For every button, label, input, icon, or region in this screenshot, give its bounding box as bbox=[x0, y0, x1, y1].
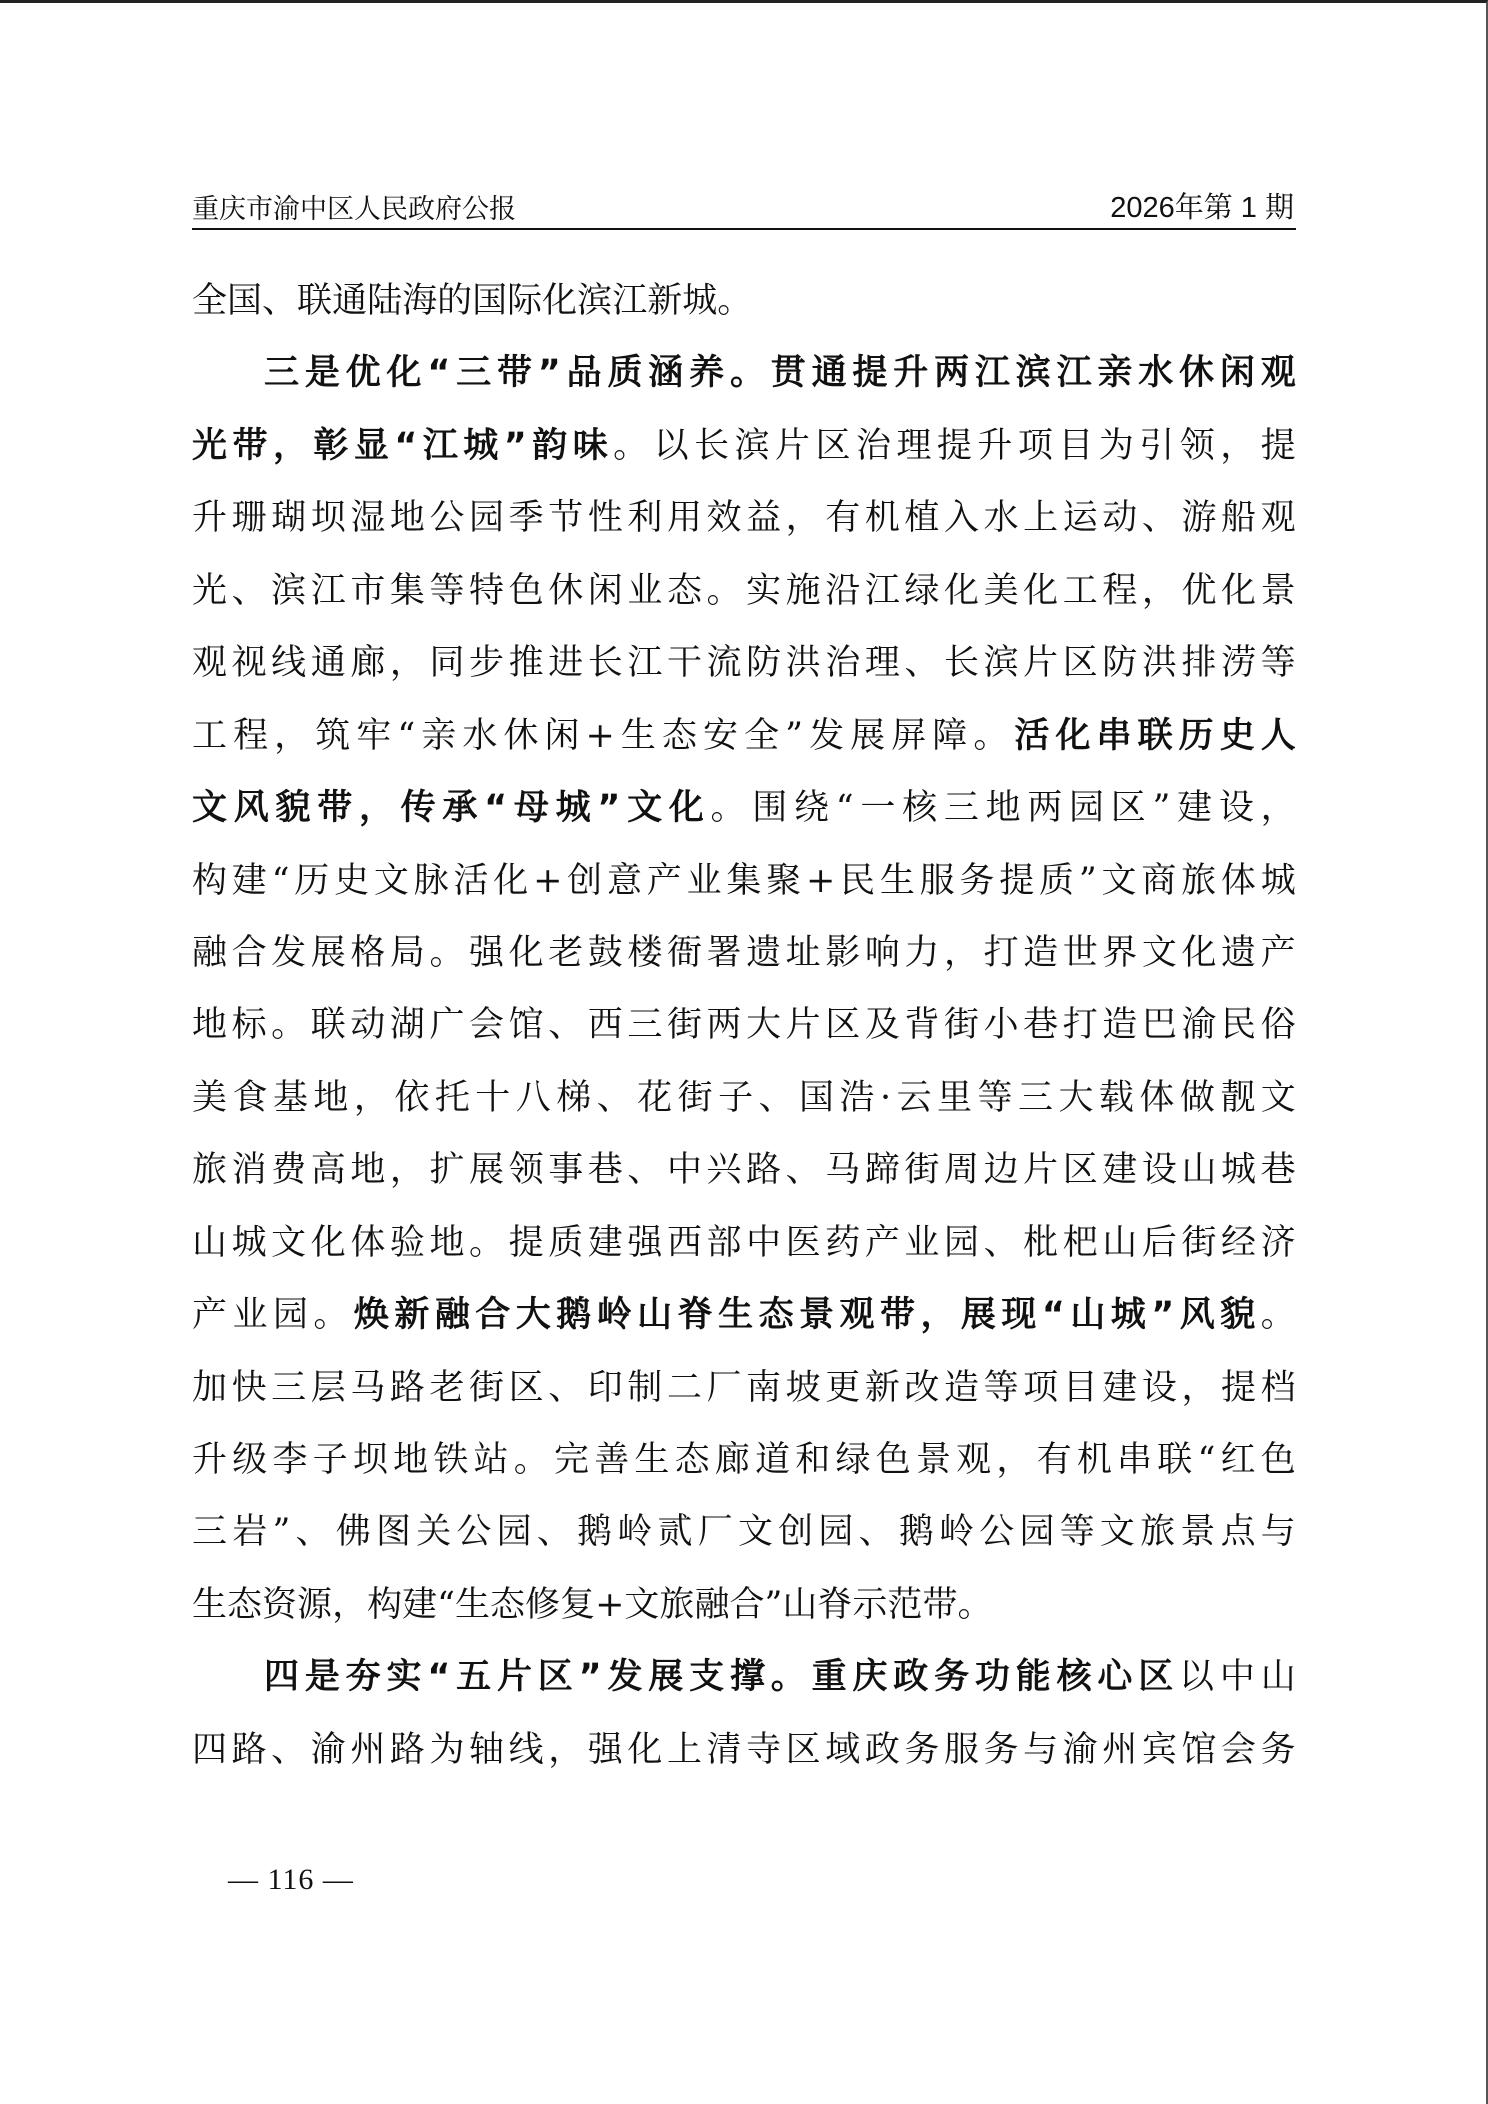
char: 亲 bbox=[421, 710, 456, 782]
bold-char: 江 bbox=[975, 347, 1010, 419]
char: 十 bbox=[475, 1072, 510, 1144]
char: 馆 bbox=[1181, 1724, 1216, 1796]
char: 园 bbox=[497, 1506, 532, 1578]
char: 政 bbox=[865, 1724, 900, 1796]
char: 、 bbox=[859, 1506, 894, 1578]
char: 寺 bbox=[746, 1724, 781, 1796]
char: 域 bbox=[825, 1724, 860, 1796]
char: 的 bbox=[437, 275, 472, 347]
char: 服 bbox=[920, 855, 955, 927]
bold-char: 光 bbox=[192, 420, 227, 492]
char: 引 bbox=[1139, 420, 1174, 492]
char: 坝 bbox=[311, 492, 346, 564]
char: 、 bbox=[627, 1144, 662, 1216]
char: 活 bbox=[453, 855, 488, 927]
bold-char: 发 bbox=[607, 1651, 642, 1723]
char: 。 bbox=[613, 420, 648, 492]
char: 基 bbox=[273, 1072, 308, 1144]
char: 依 bbox=[394, 1072, 429, 1144]
char: 国 bbox=[227, 275, 262, 347]
char: 。 bbox=[717, 275, 752, 347]
char: 治 bbox=[856, 420, 891, 492]
char: 同 bbox=[429, 637, 464, 709]
char: 与 bbox=[1023, 1724, 1058, 1796]
bold-char: 是 bbox=[305, 1651, 340, 1723]
bold-char: “ bbox=[1042, 1289, 1065, 1361]
char: 文 bbox=[1100, 1506, 1135, 1578]
char: 业 bbox=[687, 855, 722, 927]
char: 文 bbox=[738, 1506, 773, 1578]
text-line: 三岩”、佛图关公园、鹅岭贰厂文创园、鹅岭公园等文旅景点与 bbox=[192, 1506, 1296, 1578]
char: 大 bbox=[1058, 1072, 1093, 1144]
char: 快 bbox=[232, 1362, 267, 1434]
char: 费 bbox=[271, 1144, 306, 1216]
char: 务 bbox=[984, 1724, 1019, 1796]
char: 线 bbox=[271, 637, 306, 709]
bold-char: 重 bbox=[812, 1651, 847, 1723]
char: 流 bbox=[707, 637, 742, 709]
char: 串 bbox=[1117, 1434, 1152, 1506]
char: 态 bbox=[675, 1434, 710, 1506]
char: 产 bbox=[647, 855, 682, 927]
char: 等 bbox=[984, 1362, 1019, 1434]
char: 视 bbox=[232, 637, 267, 709]
char: 项 bbox=[1023, 1362, 1058, 1434]
bold-char: 合 bbox=[475, 1289, 510, 1361]
char: 筑 bbox=[315, 710, 350, 782]
char: 态 bbox=[667, 565, 702, 637]
issue-year-suffix: 年第 bbox=[1175, 192, 1233, 224]
char: 城 bbox=[1221, 1144, 1256, 1216]
char: 道 bbox=[755, 1434, 790, 1506]
char: 工 bbox=[1063, 565, 1098, 637]
bold-char: 带 bbox=[880, 1289, 915, 1361]
bold-char: 活 bbox=[1014, 710, 1049, 782]
char: 滨 bbox=[735, 420, 770, 492]
char: 渝 bbox=[1181, 999, 1216, 1071]
bold-char: “ bbox=[484, 782, 507, 854]
char: 态 bbox=[490, 1579, 525, 1651]
bold-char: 母 bbox=[514, 782, 549, 854]
char: 绕 bbox=[794, 782, 829, 854]
char: 两 bbox=[1027, 782, 1062, 854]
char: 源 bbox=[297, 1579, 332, 1651]
char: 街 bbox=[1181, 1217, 1216, 1289]
char: 文 bbox=[1261, 1072, 1296, 1144]
char: 业 bbox=[232, 1289, 267, 1361]
bold-char: 生 bbox=[718, 1289, 753, 1361]
char: 程 bbox=[233, 710, 268, 782]
bold-char: 区 bbox=[1138, 1651, 1173, 1723]
char: ， bbox=[354, 1072, 389, 1144]
char: “ bbox=[1197, 1434, 1215, 1506]
char: 色 bbox=[876, 1434, 911, 1506]
char: 升 bbox=[192, 492, 227, 564]
char: 加 bbox=[192, 1362, 227, 1434]
char: 宾 bbox=[1142, 1724, 1177, 1796]
char: 升 bbox=[977, 420, 1012, 492]
char: 遗 bbox=[746, 927, 781, 999]
char: ， bbox=[996, 1434, 1031, 1506]
char: 等 bbox=[1060, 1506, 1095, 1578]
char: 山 bbox=[1181, 1144, 1216, 1216]
char: 厂 bbox=[698, 1506, 733, 1578]
char: 体 bbox=[1221, 855, 1256, 927]
char: 、 bbox=[548, 999, 583, 1071]
char: 西 bbox=[588, 999, 623, 1071]
char: 城 bbox=[682, 275, 717, 347]
char: 贰 bbox=[658, 1506, 693, 1578]
char: 、 bbox=[537, 1506, 572, 1578]
char: 国 bbox=[799, 1072, 834, 1144]
bold-char: ” bbox=[504, 420, 527, 492]
char: 岩 bbox=[232, 1506, 267, 1578]
char: 产 bbox=[865, 1217, 900, 1289]
char: 路 bbox=[232, 1724, 267, 1796]
char: 及 bbox=[865, 999, 900, 1071]
char: ， bbox=[944, 927, 979, 999]
char: 季 bbox=[509, 492, 544, 564]
char: 全 bbox=[192, 275, 227, 347]
text-line: 三是优化“三带”品质涵养。贯通提升两江滨江亲水休闲观 bbox=[192, 347, 1296, 419]
bold-char: 优 bbox=[346, 347, 381, 419]
bold-char: 新 bbox=[394, 1289, 429, 1361]
char: 海 bbox=[402, 275, 437, 347]
bold-char: 脊 bbox=[678, 1289, 713, 1361]
char: 造 bbox=[1102, 999, 1137, 1071]
char: 动 bbox=[1102, 492, 1137, 564]
char: 等 bbox=[978, 1072, 1013, 1144]
char: 药 bbox=[825, 1217, 860, 1289]
bold-char: 闲 bbox=[1220, 347, 1255, 419]
char: 质 bbox=[548, 1217, 583, 1289]
bold-char: 山 bbox=[637, 1289, 672, 1361]
char: ” bbox=[785, 710, 803, 782]
char: 复 bbox=[560, 1579, 595, 1651]
char: 特 bbox=[469, 565, 504, 637]
bold-char: 融 bbox=[435, 1289, 470, 1361]
char: 洪 bbox=[1142, 637, 1177, 709]
char: 衙 bbox=[667, 927, 702, 999]
char: 提 bbox=[999, 855, 1034, 927]
char: 、 bbox=[904, 637, 939, 709]
bold-char: 三 bbox=[456, 347, 491, 419]
char: 三 bbox=[944, 782, 979, 854]
char: 地 bbox=[429, 1217, 464, 1289]
char: 层 bbox=[311, 1362, 346, 1434]
char: 巷 bbox=[1023, 999, 1058, 1071]
char: 理 bbox=[896, 420, 931, 492]
char: 城 bbox=[232, 1217, 267, 1289]
bold-char: 片 bbox=[497, 1651, 532, 1723]
char: 厂 bbox=[707, 1362, 742, 1434]
char: 美 bbox=[192, 1072, 227, 1144]
char: 服 bbox=[944, 1724, 979, 1796]
char: 资 bbox=[262, 1579, 297, 1651]
char: 片 bbox=[786, 999, 821, 1071]
char: 、 bbox=[759, 1072, 794, 1144]
char: 围 bbox=[752, 782, 787, 854]
char: 商 bbox=[1141, 855, 1176, 927]
char: 路 bbox=[746, 1144, 781, 1216]
char: 休 bbox=[503, 710, 538, 782]
char: 闲 bbox=[588, 565, 623, 637]
text-line: 光带，彰显“江城”韵味。以长滨片区治理提升项目为引领，提 bbox=[192, 420, 1296, 492]
char: 文 bbox=[1102, 855, 1137, 927]
char: 珊 bbox=[232, 492, 267, 564]
char: 脉 bbox=[414, 855, 449, 927]
char: 验 bbox=[390, 1217, 425, 1289]
char: 。 bbox=[514, 1434, 549, 1506]
char: 设 bbox=[1219, 782, 1254, 854]
bold-char: ” bbox=[579, 1651, 602, 1723]
bold-char: 联 bbox=[1138, 710, 1173, 782]
char: 领 bbox=[1180, 420, 1215, 492]
char: “ bbox=[437, 1579, 455, 1651]
document-page: 重庆市渝中区人民政府公报 2026年第 1 期 全国、联通陆海的国际化滨江新城。… bbox=[0, 0, 1488, 2104]
char: 入 bbox=[944, 492, 979, 564]
char: 联 bbox=[311, 999, 346, 1071]
char: 上 bbox=[667, 1724, 702, 1796]
char: + bbox=[806, 855, 835, 927]
char: 州 bbox=[1102, 1724, 1137, 1796]
text-line: 地标。联动湖广会馆、西三街两大片区及背街小巷打造巴渝民俗 bbox=[192, 999, 1296, 1071]
bold-char: 养 bbox=[689, 347, 724, 419]
char: ， bbox=[1220, 420, 1255, 492]
bold-char: 三 bbox=[264, 347, 299, 419]
char: 、 bbox=[597, 1072, 632, 1144]
char: 市 bbox=[350, 565, 385, 637]
bold-char: 鹅 bbox=[556, 1289, 591, 1361]
char: 机 bbox=[1077, 1434, 1112, 1506]
char: 合 bbox=[729, 1579, 764, 1651]
char: 美 bbox=[984, 565, 1019, 637]
bold-char: 心 bbox=[1097, 1651, 1132, 1723]
char: 园 bbox=[944, 1217, 979, 1289]
char: 子 bbox=[313, 1434, 348, 1506]
char: 。 bbox=[711, 782, 746, 854]
char: 做 bbox=[1180, 1072, 1215, 1144]
char: 西 bbox=[667, 1217, 702, 1289]
char: 脊 bbox=[817, 1579, 852, 1651]
char: 区 bbox=[1063, 637, 1098, 709]
char: 观 bbox=[192, 637, 227, 709]
text-line: 观视线通廊，同步推进长江干流防洪治理、长滨片区防洪排涝等 bbox=[192, 637, 1296, 709]
char: 有 bbox=[825, 492, 860, 564]
char: 提 bbox=[1221, 1362, 1256, 1434]
char: 休 bbox=[548, 565, 583, 637]
char: 性 bbox=[588, 492, 623, 564]
bold-char: 化 bbox=[386, 347, 421, 419]
char: 老 bbox=[548, 927, 583, 999]
char: ， bbox=[390, 637, 425, 709]
char: 、 bbox=[262, 275, 297, 347]
bold-char: 城 bbox=[463, 420, 498, 492]
char: 水 bbox=[462, 710, 497, 782]
char: 项 bbox=[1018, 420, 1053, 492]
char: 楼 bbox=[627, 927, 662, 999]
char: 色 bbox=[509, 565, 544, 637]
bold-char: 大 bbox=[516, 1289, 551, 1361]
char: 运 bbox=[1063, 492, 1098, 564]
char: 清 bbox=[707, 1724, 742, 1796]
text-line: 文风貌带，传承“母城”文化。围绕“一核三地两园区”建设， bbox=[192, 782, 1296, 854]
char: 点 bbox=[1221, 1506, 1256, 1578]
char: 界 bbox=[1102, 927, 1137, 999]
char: 障 bbox=[932, 710, 967, 782]
char: 业 bbox=[627, 565, 662, 637]
bold-char: 亲 bbox=[1097, 347, 1132, 419]
char: 消 bbox=[232, 1144, 267, 1216]
char: 高 bbox=[311, 1144, 346, 1216]
char: 江 bbox=[627, 637, 662, 709]
char: 三 bbox=[271, 1362, 306, 1434]
char: 四 bbox=[192, 1724, 227, 1796]
char: 巴 bbox=[1142, 999, 1177, 1071]
char: 构 bbox=[367, 1579, 402, 1651]
bold-char: 滨 bbox=[1016, 347, 1051, 419]
bold-char: 承 bbox=[442, 782, 477, 854]
char: 展 bbox=[469, 1144, 504, 1216]
char: 中 bbox=[667, 1144, 702, 1216]
char: “ bbox=[836, 782, 854, 854]
char: 打 bbox=[984, 927, 1019, 999]
text-line: 产业园。焕新融合大鹅岭山脊生态景观带，展现“山城”风貌。 bbox=[192, 1289, 1296, 1361]
bold-char: 文 bbox=[192, 782, 227, 854]
char: 强 bbox=[588, 1724, 623, 1796]
char: 国 bbox=[472, 275, 507, 347]
char: 步 bbox=[469, 637, 504, 709]
header-divider bbox=[192, 228, 1296, 230]
text-line: 生态资源，构建“生态修复+文旅融合”山脊示范带。 bbox=[192, 1579, 1296, 1651]
char: 上 bbox=[1023, 492, 1058, 564]
bold-char: 品 bbox=[567, 347, 602, 419]
char: 枇 bbox=[1023, 1217, 1058, 1289]
bold-char: 貌 bbox=[275, 782, 310, 854]
char: 街 bbox=[469, 1362, 504, 1434]
text-line: 山城文化体验地。提质建强西部中医药产业园、枇杷山后街经济 bbox=[192, 1217, 1296, 1289]
char: 态 bbox=[662, 710, 697, 782]
bold-char: “ bbox=[427, 1651, 450, 1723]
char: 创 bbox=[567, 855, 602, 927]
char: 态 bbox=[227, 1579, 262, 1651]
char: 集 bbox=[390, 565, 425, 637]
char: 建 bbox=[588, 1217, 623, 1289]
char: 中 bbox=[746, 1217, 781, 1289]
char: 化 bbox=[1221, 565, 1256, 637]
char: 园 bbox=[273, 1289, 308, 1361]
char: 公 bbox=[979, 1506, 1014, 1578]
char: 务 bbox=[904, 1724, 939, 1796]
char: 馆 bbox=[509, 999, 544, 1071]
bold-char: 观 bbox=[1261, 347, 1296, 419]
bold-char: 五 bbox=[456, 1651, 491, 1723]
char: 兴 bbox=[707, 1144, 742, 1216]
bold-char: 撑 bbox=[730, 1651, 765, 1723]
bold-char: 。 bbox=[771, 1651, 806, 1723]
char: 融 bbox=[192, 927, 227, 999]
bold-char: 休 bbox=[1179, 347, 1214, 419]
char: 片 bbox=[1023, 1144, 1058, 1216]
char: 中 bbox=[1220, 1651, 1255, 1723]
char: 程 bbox=[1102, 565, 1137, 637]
char: 善 bbox=[594, 1434, 629, 1506]
text-line: 光、滨江市集等特色休闲业态。实施沿江绿化美化工程，优化景 bbox=[192, 565, 1296, 637]
char: 设 bbox=[1142, 1362, 1177, 1434]
char: 址 bbox=[786, 927, 821, 999]
char: 轴 bbox=[469, 1724, 504, 1796]
issue-label: 2026年第 1 期 bbox=[1110, 185, 1294, 226]
char: 化 bbox=[627, 1724, 662, 1796]
bold-char: 功 bbox=[975, 1651, 1010, 1723]
char: 。 bbox=[957, 1579, 992, 1651]
char: 、 bbox=[232, 565, 267, 637]
char: 周 bbox=[944, 1144, 979, 1216]
bold-char: 彰 bbox=[313, 420, 348, 492]
char: 以 bbox=[654, 420, 689, 492]
char: 等 bbox=[1261, 637, 1296, 709]
bold-char: 岭 bbox=[597, 1289, 632, 1361]
bold-char: 展 bbox=[961, 1289, 996, 1361]
bold-char: 文 bbox=[627, 782, 662, 854]
char: 造 bbox=[944, 1362, 979, 1434]
char: 大 bbox=[746, 999, 781, 1071]
char: 民 bbox=[840, 855, 875, 927]
char: 街 bbox=[944, 999, 979, 1071]
char: 城 bbox=[1261, 855, 1296, 927]
char: 世 bbox=[1063, 927, 1098, 999]
char: 通 bbox=[311, 637, 346, 709]
char: 地 bbox=[393, 1434, 428, 1506]
char: 江 bbox=[612, 275, 647, 347]
char: 治 bbox=[825, 637, 860, 709]
char: 。 bbox=[1261, 1289, 1296, 1361]
text-line: 旅消费高地，扩展领事巷、中兴路、马蹄街周边片区建设山城巷 bbox=[192, 1144, 1296, 1216]
char: 发 bbox=[271, 927, 306, 999]
char: 鹅 bbox=[577, 1506, 612, 1578]
char: 提 bbox=[1261, 420, 1296, 492]
char: 李 bbox=[272, 1434, 307, 1506]
char: 济 bbox=[1261, 1217, 1296, 1289]
char: 路 bbox=[390, 1362, 425, 1434]
char: 工 bbox=[192, 710, 227, 782]
char: “ bbox=[397, 710, 415, 782]
char: 完 bbox=[554, 1434, 589, 1506]
char: 生 bbox=[634, 1434, 669, 1506]
char: 进 bbox=[548, 637, 583, 709]
char: 通 bbox=[332, 275, 367, 347]
bold-char: ” bbox=[597, 782, 620, 854]
char: “ bbox=[272, 855, 290, 927]
char: 产 bbox=[192, 1289, 227, 1361]
char: 江 bbox=[865, 565, 900, 637]
bold-char: 实 bbox=[386, 1651, 421, 1723]
char: 三 bbox=[1018, 1072, 1053, 1144]
bold-char: 城 bbox=[1111, 1289, 1146, 1361]
char: 化 bbox=[311, 1217, 346, 1289]
bold-char: 貌 bbox=[1220, 1289, 1255, 1361]
char: 体 bbox=[1139, 1072, 1174, 1144]
char: 建 bbox=[1102, 1144, 1137, 1216]
char: 新 bbox=[865, 1362, 900, 1434]
char: 效 bbox=[707, 492, 742, 564]
text-line: 升珊瑚坝湿地公园季节性利用效益，有机植入水上运动、游船观 bbox=[192, 492, 1296, 564]
char: 区 bbox=[509, 1362, 544, 1434]
char: 际 bbox=[507, 275, 542, 347]
text-line: 构建“历史文脉活化+创意产业集聚+民生服务提质”文商旅体城 bbox=[192, 855, 1296, 927]
char: 地 bbox=[986, 782, 1021, 854]
char: 山 bbox=[192, 1217, 227, 1289]
